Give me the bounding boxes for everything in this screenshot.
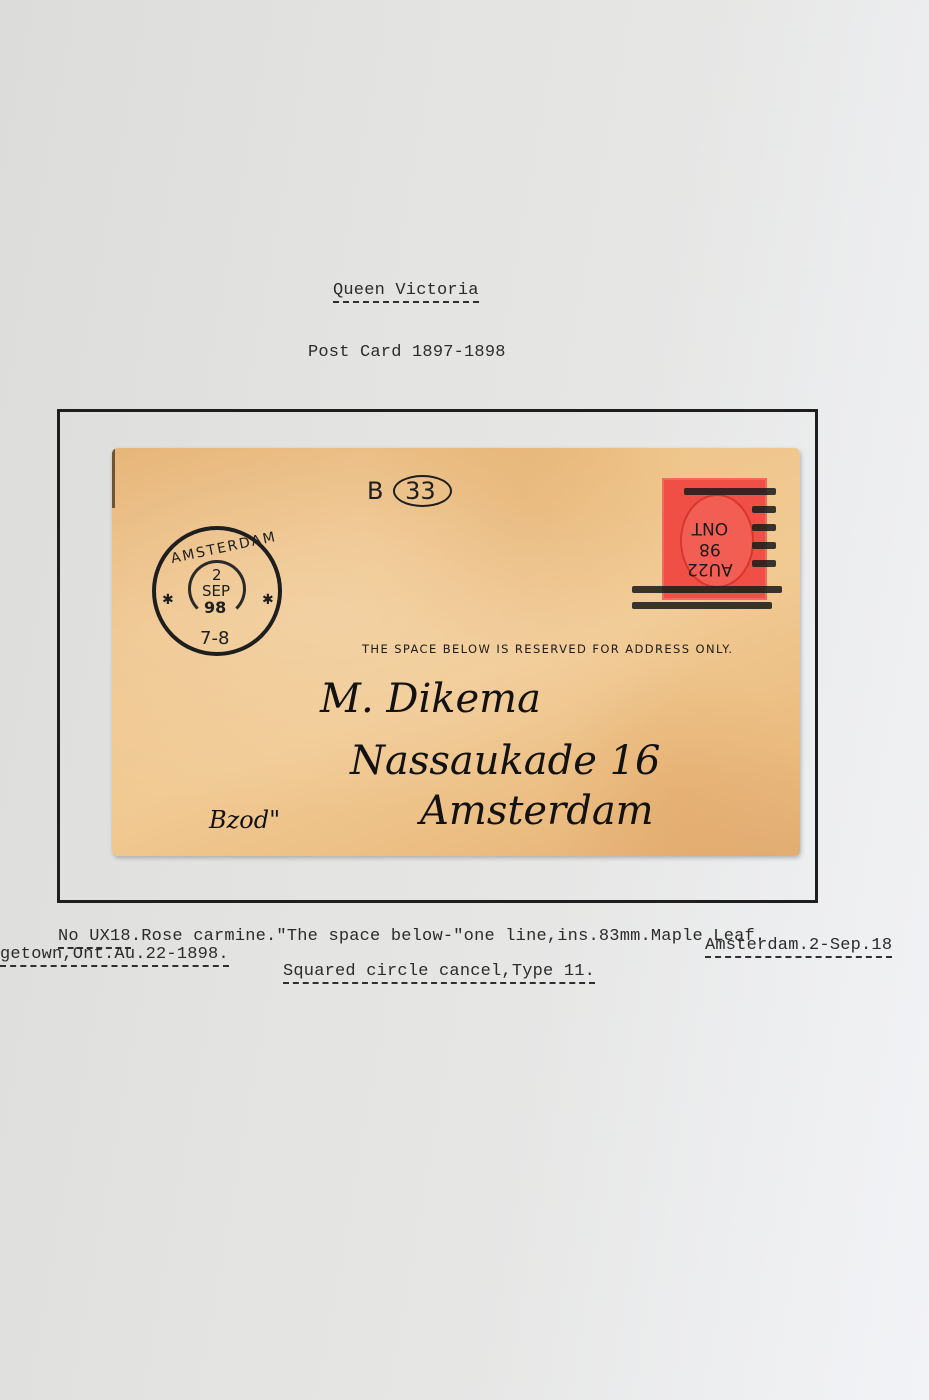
cancel-bar bbox=[632, 602, 772, 609]
postmark-time: 7-8 bbox=[200, 628, 229, 649]
cancel-bar bbox=[752, 506, 776, 513]
cancel-bar bbox=[752, 542, 776, 549]
registration-number: 33 bbox=[393, 475, 452, 507]
cancel-bar bbox=[752, 560, 776, 567]
registration-letter: B bbox=[367, 477, 383, 505]
cancel-bar bbox=[632, 586, 782, 593]
amsterdam-postmark: AMSTERDAM 2 SEP 98 7-8 ✱ ✱ bbox=[152, 526, 282, 656]
postmark-year: 98 bbox=[204, 598, 226, 617]
caption-cancel-type: Squared circle cancel,Type 11. bbox=[283, 962, 595, 984]
cancel-bar bbox=[684, 488, 776, 495]
address-notice: THE SPACE BELOW IS RESERVED FOR ADDRESS … bbox=[362, 642, 733, 656]
caption-destination: Amsterdam.2-Sep.18 bbox=[705, 936, 892, 958]
address-city: Amsterdam bbox=[420, 788, 654, 834]
star-icon: ✱ bbox=[162, 592, 174, 608]
caption-origin: getown,Ont.Au.22-1898. bbox=[0, 945, 229, 967]
address-street: Nassaukade 16 bbox=[350, 738, 661, 784]
squared-circle-cancel-text: AU22 98 ONT bbox=[687, 518, 733, 579]
caption-description: No UX18.Rose carmine."The space below-"o… bbox=[58, 927, 765, 946]
handwritten-note: Bzod" bbox=[209, 806, 280, 834]
cancel-date: AU22 bbox=[687, 559, 733, 579]
registration-mark: B 33 bbox=[367, 475, 452, 507]
address-name: M. Dikema bbox=[320, 676, 541, 722]
star-icon: ✱ bbox=[262, 592, 274, 608]
caption-text: .Rose carmine."The space below-"one line… bbox=[131, 927, 766, 946]
page-subtitle: Post Card 1897-1898 bbox=[308, 343, 506, 362]
page-title: Queen Victoria bbox=[333, 281, 479, 303]
cancel-province: ONT bbox=[687, 518, 733, 538]
postcard: B 33 AMSTERDAM 2 SEP 98 7-8 ✱ ✱ AU22 98 … bbox=[112, 448, 800, 856]
cancel-year: 98 bbox=[687, 538, 733, 558]
cancel-bar bbox=[752, 524, 776, 531]
